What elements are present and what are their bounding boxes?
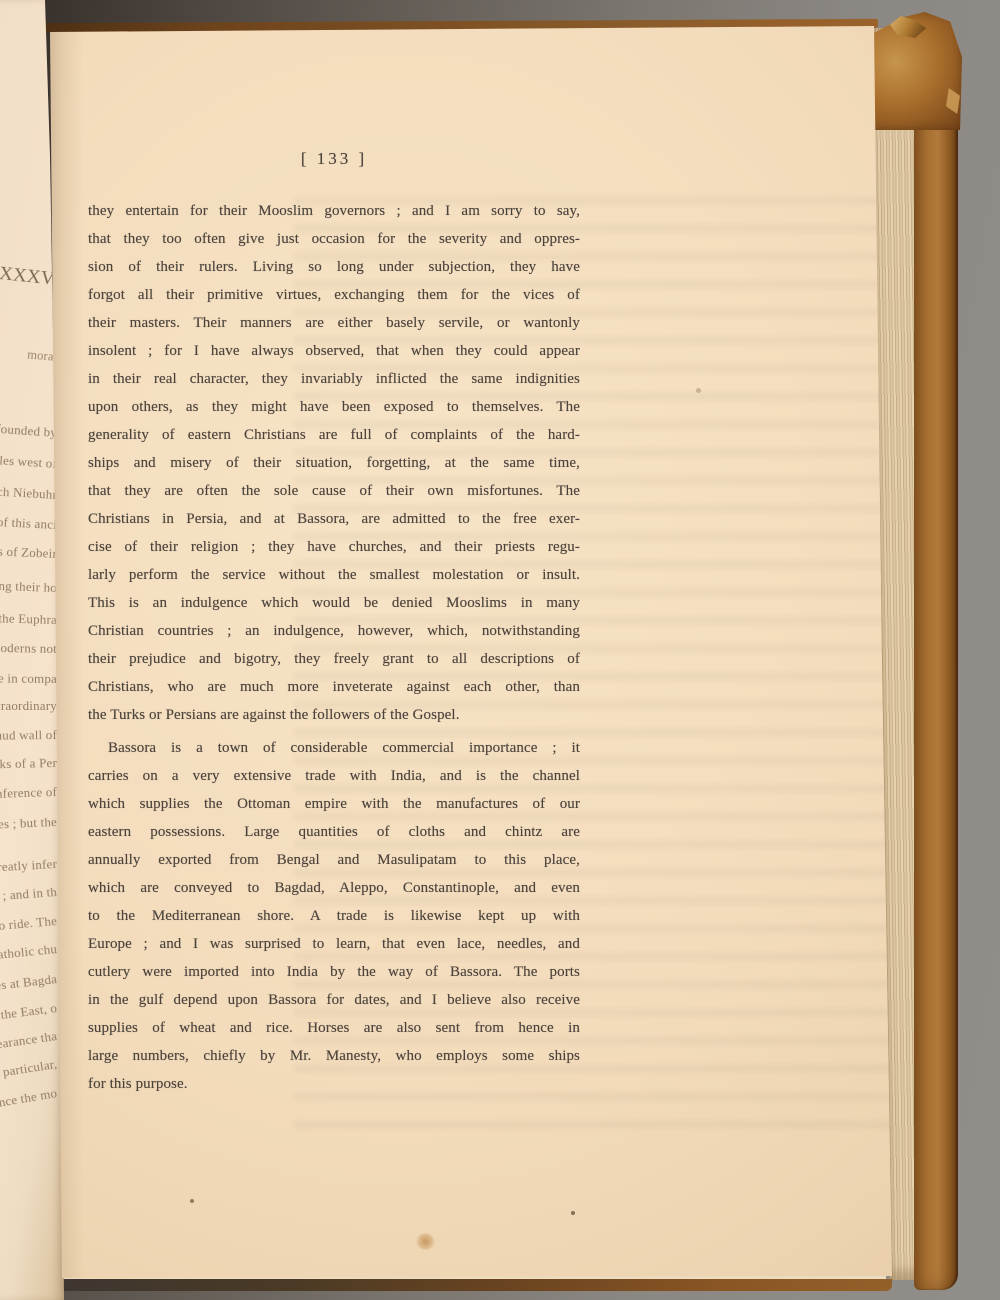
text-line: cutlery were imported into India by the …	[88, 958, 580, 986]
text-line: the Turks or Persians are against the fo…	[88, 701, 580, 729]
text-line: supplies of wheat and rice. Horses are a…	[88, 1014, 580, 1042]
left-page-text-fragment: narrow ; and in th	[0, 883, 58, 914]
text-line: Christian countries ; an indulgence, how…	[88, 617, 580, 645]
text-line: eastern possessions. Large quantities of…	[88, 818, 580, 846]
left-page-text-fragment: to evince the mo	[0, 1084, 59, 1133]
text-line: that they are often the sole cause of th…	[88, 477, 580, 505]
left-page-text-fragment: o the moderns not	[0, 637, 57, 658]
foxing-spot	[190, 1199, 194, 1203]
text-line: insolent ; for I have always observed, t…	[88, 337, 580, 365]
text-line: upon others, as they might have been exp…	[88, 393, 580, 421]
text-line: larly perform the service without the sm…	[88, 561, 580, 589]
text-line: that they too often give just occasion f…	[88, 225, 580, 253]
left-page-text-fragment: XXXV.	[0, 248, 58, 292]
left-page-text-fragment: miles ; but the	[0, 813, 57, 839]
text-line: ships and misery of their situation, for…	[88, 449, 580, 477]
text-line: in their real character, they invariably…	[88, 365, 580, 393]
foxing-spot	[416, 1233, 435, 1250]
text-line: carries on a very extensive trade with I…	[88, 762, 580, 790]
text-line: cise of their religion ; they have churc…	[88, 533, 580, 561]
foxing-spot	[696, 388, 701, 393]
text-line: for this purpose.	[88, 1070, 580, 1098]
left-page-text-fragment: by a mud wall of	[0, 726, 57, 746]
text-line: which supplies the Ottoman empire with t…	[88, 790, 580, 818]
left-page-text-fragment: mora.	[0, 331, 58, 365]
text-line: sion of their rulers. Living so long und…	[88, 253, 580, 281]
text-line: to the Mediterranean shore. A trade is l…	[88, 902, 580, 930]
foxing-spot	[571, 1211, 575, 1215]
text-line: in the gulf depend upon Bassora for date…	[88, 986, 580, 1014]
text-line: Christians in Persia, and at Bassora, ar…	[88, 505, 580, 533]
left-page-text-fragment: ruins of this anci	[0, 507, 57, 534]
text-line: Bassora is a town of considerable commer…	[88, 734, 580, 762]
text-line: their masters. Their manners are either …	[88, 309, 580, 337]
text-line: Christians, who are much more inveterate…	[88, 673, 580, 701]
book-bottom-edge	[56, 1279, 892, 1291]
left-page-text-fragment: circumference of	[0, 783, 57, 807]
paragraph: they entertain for their Mooslim governo…	[88, 197, 580, 729]
left-page-text-fragment: for building their ho	[0, 572, 57, 597]
left-page-text-fragment: joins the Euphra	[0, 606, 57, 629]
cover-leather-edge	[914, 38, 958, 1290]
left-page-text-fragment: expence in compa	[0, 668, 57, 688]
text-line: This is an indulgence which would be den…	[88, 589, 580, 617]
page-number-header: [ 133 ]	[88, 149, 580, 173]
left-page-text-fragment: were greatly infer	[0, 855, 58, 884]
text-line: forgot all their primitive virtues, exch…	[88, 281, 580, 309]
text-line: they entertain for their Mooslim governo…	[88, 197, 580, 225]
left-page-text-fragment: been founded by	[0, 411, 58, 442]
left-page-text-fragment: which Niebuhr	[0, 475, 58, 504]
left-page-text-fragment: that extraordinary	[0, 697, 57, 715]
text-line: large numbers, chiefly by Mr. Manesty, w…	[88, 1042, 580, 1070]
left-page-text-fragment: habitants of Zobeir	[0, 537, 57, 563]
text-line: annually exported from Bengal and Masuli…	[88, 846, 580, 874]
text-line: generality of eastern Christians are ful…	[88, 421, 580, 449]
text-line: which are conveyed to Bagdad, Aleppo, Co…	[88, 874, 580, 902]
left-page-text-fragment: ten miles west of	[0, 443, 58, 473]
text-line: their prejudice and bigotry, they freely…	[88, 645, 580, 673]
paragraph: Bassora is a town of considerable commer…	[88, 734, 580, 1098]
text-line: Europe ; and I was surprised to learn, t…	[88, 930, 580, 958]
book-photograph: XXXV.mora.been founded byten miles west …	[0, 0, 1000, 1300]
left-page-text-fragment: the attacks of a Per	[0, 754, 57, 776]
